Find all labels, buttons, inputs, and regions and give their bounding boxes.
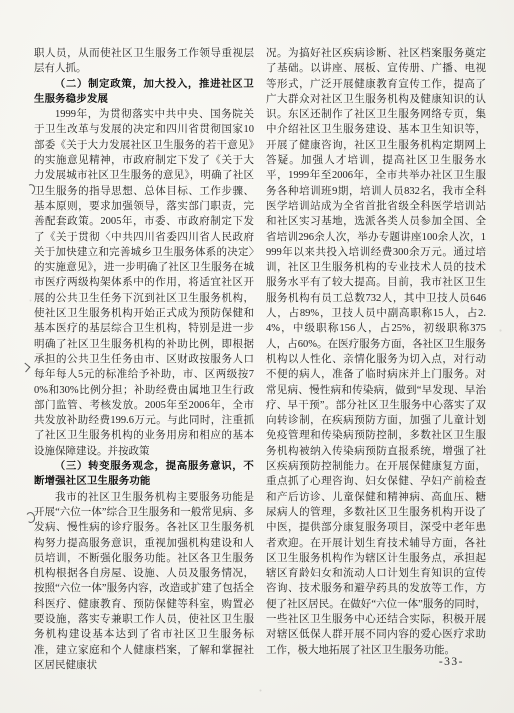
scanned-document-page: 职人员，从而使社区卫生服务工作领导重视层层有人抓。 （二）制定政策，加大投入，推… <box>0 0 514 713</box>
section-heading-two: （二）制定政策，加大投入，推进社区卫生服务稳步发展 <box>34 77 254 108</box>
scan-noise-speckles <box>0 0 1 1</box>
page-number: -33- <box>439 656 464 668</box>
paragraph-service-functions-continued: 况。为搞好社区疾病诊断、社区档案服务奠定了基础。以讲座、展板、宣传册、广播、电视… <box>266 46 486 658</box>
paragraph-policy-investment: 1999年，为贯彻落实中共中央、国务院关于卫生改革与发展的决定和四川省贯彻国家1… <box>34 107 254 459</box>
left-column: 职人员，从而使社区卫生服务工作领导重视层层有人抓。 （二）制定政策，加大投入，推… <box>34 46 254 673</box>
paragraph-continuation: 职人员，从而使社区卫生服务工作领导重视层层有人抓。 <box>34 46 254 77</box>
scan-pen-mark <box>21 363 31 373</box>
section-heading-three: （三）转变服务观念，提高服务意识，不断增强社区卫生服务功能 <box>34 459 254 490</box>
right-column: 况。为搞好社区疾病诊断、社区档案服务奠定了基础。以讲座、展板、宣传册、广播、电视… <box>266 46 486 673</box>
paragraph-service-functions: 我市的社区卫生服务机构主要服务功能是开展“六位一体”综合卫生服务和一般常见病、多… <box>34 490 254 674</box>
page-body: 职人员，从而使社区卫生服务工作领导重视层层有人抓。 （二）制定政策，加大投入，推… <box>34 46 486 673</box>
